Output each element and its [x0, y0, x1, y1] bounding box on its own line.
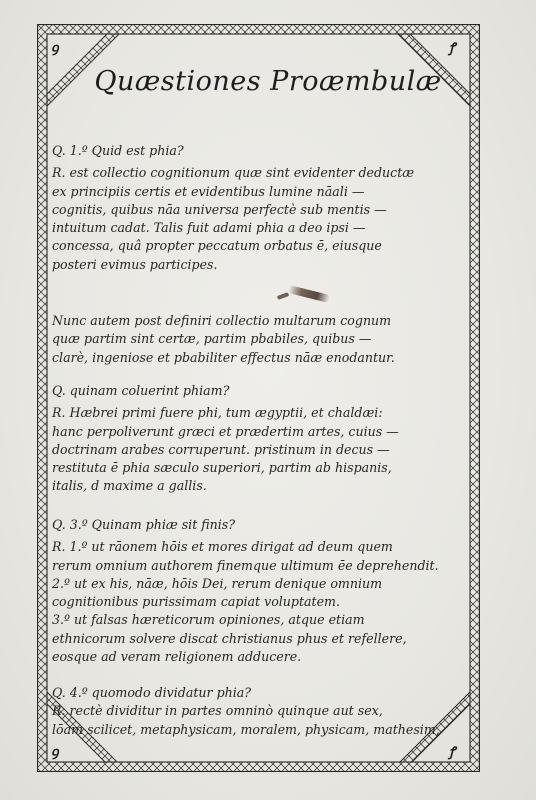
paragraph-q3: Q. 3.º Quinam phiæ sit finis? R. 1.º ut …: [52, 516, 472, 666]
text-line: R. est collectio cognitionum quæ sint ev…: [52, 164, 472, 182]
text-line: ex principiis certis et evidentibus lumi…: [52, 183, 472, 201]
text-line: eosque ad veram religionem adducere.: [52, 648, 472, 666]
question-line: Q. 3.º Quinam phiæ sit finis?: [52, 516, 472, 534]
text-line: italis, d maxime a gallis.: [52, 477, 472, 495]
text-line: clarè, ingeniose et pbabiliter effectus …: [52, 349, 472, 367]
text-line: rerum omnium authorem finemque ultimum ē…: [52, 557, 472, 575]
text-line: lōam scilicet, metaphysicam, moralem, ph…: [52, 721, 472, 739]
text-line: Nunc autem post definiri collectio multa…: [52, 312, 472, 330]
text-line: R. rectè dividitur in partes omninò quin…: [52, 702, 472, 720]
question-line: Q. 1.º Quid est phia?: [52, 142, 472, 160]
question-line: Q. quinam coluerint phiam?: [52, 382, 472, 400]
text-line: R. Hæbrei primi fuere phi, tum ægyptii, …: [52, 404, 472, 422]
text-line: R. 1.º ut rāonem hōis et mores dirigat a…: [52, 538, 472, 556]
text-line: cognitionibus purissimam capiat voluptat…: [52, 593, 472, 611]
text-line: ethnicorum solvere discat christianus ph…: [52, 630, 472, 648]
text-line: quæ partim sint certæ, partim pbabiles, …: [52, 330, 472, 348]
text-line: 2.º ut ex his, nāæ, hōis Dei, rerum deni…: [52, 575, 472, 593]
corner-ornament-bottom-left: ꝯ: [51, 742, 59, 760]
text-line: hanc perpoliverunt græci et prædertim ar…: [52, 423, 472, 441]
paragraph-nunc: Nunc autem post definiri collectio multa…: [52, 312, 472, 367]
corner-ornament-bottom-right: ꝭ: [449, 742, 455, 760]
text-line: 3.º ut falsas hæreticorum opiniones, atq…: [52, 611, 472, 629]
paragraph-q1: Q. 1.º Quid est phia? R. est collectio c…: [52, 142, 472, 274]
text-line: concessa, quâ propter peccatum orbatus ē…: [52, 237, 472, 255]
text-line: intuitum cadat. Talis fuit adami phia a …: [52, 219, 472, 237]
text-line: restituta ē phia sæculo superiori, parti…: [52, 459, 472, 477]
paragraph-q4: Q. 4.º quomodo dividatur phia? R. rectè …: [52, 684, 472, 739]
paragraph-q2: Q. quinam coluerint phiam? R. Hæbrei pri…: [52, 382, 472, 496]
text-line: posteri evimus participes.: [52, 256, 472, 274]
corner-ornament-top-right: ꝭ: [449, 38, 455, 56]
text-line: cognitis, quibus nāa universa perfectè s…: [52, 201, 472, 219]
text-line: doctrinam arabes corruperunt. pristinum …: [52, 441, 472, 459]
corner-ornament-top-left: ꝯ: [51, 38, 59, 56]
question-line: Q. 4.º quomodo dividatur phia?: [52, 684, 472, 702]
page-title: Quæstiones Proæmbulæ: [0, 66, 536, 97]
